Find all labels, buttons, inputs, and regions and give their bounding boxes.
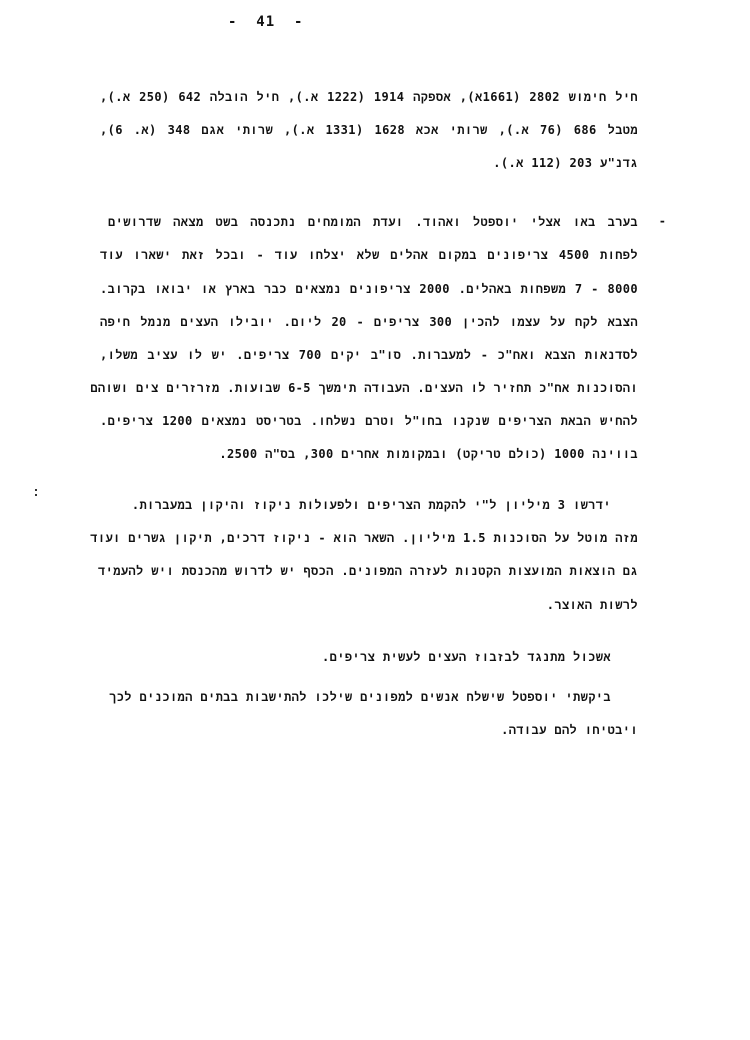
text-line: להחיש הבאת הצריפים שנקנו בחו"ל וטרם נשלח… [100,413,638,429]
text-line: גם הוצאות המועצות הקטנות לעזרה המפונים. … [100,563,638,579]
paragraph-dash-marker: - [659,214,666,228]
page-number: - 41 - [228,14,278,30]
text-line: בווינה 1000 (כולם טריקט) ובמקומות אחרים … [219,446,638,462]
text-line: ידרשו 3 מיליון ל"י להקמת הצריפים ולפעולו… [132,497,611,513]
text-line: מטבל 686 (76 א.), שרותי אכא 1628 (1331 א… [100,122,638,138]
text-line: הצבא לקח על עצמו להכין 300 צריפים - 20 ל… [100,314,638,330]
text-line: אשכול מתנגד לבזבוז העצים לעשית צריפים. [322,649,611,665]
text-line: בערב באו אצלי יוספטל ואהוד. ועדת המומחים… [108,214,638,230]
text-line: חיל חימוש 2802 (1661א), אספקה 1914 (1222… [100,89,638,105]
text-line: לסדנאות הצבא ואח"כ - למעברות. סו"ב יקים … [100,347,638,363]
text-line: גדנ"ע 203 (112 א.). [493,155,638,171]
text-line: ויבטיחו להם עבודה. [501,722,638,738]
text-line: והסוכנות אח"כ תחזיר לו העצים. העבודה תימ… [100,380,638,396]
text-line: 8000 - 7 משפחות באהלים. 2000 צריפונים נמ… [100,281,638,297]
text-line: לרשות האוצר. [547,597,638,613]
text-line: ביקשתי יוספטל שישלח אנשים למפונים שילכו … [109,689,611,705]
margin-mark [35,489,37,497]
text-line: לפחות 4500 צריפונים במקום אהלים שלא יצלח… [100,247,638,263]
text-line: מזה מוטל על הסוכנות 1.5 מיליון. השאר הוא… [100,530,638,546]
